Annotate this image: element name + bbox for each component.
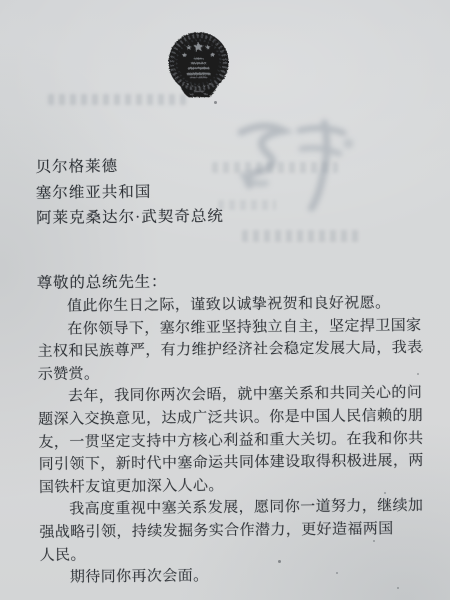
recipient-city: 贝尔格莱德 xyxy=(35,153,223,180)
letter: 贝尔格莱德 塞尔维亚共和国 阿莱克桑达尔·武契奇总统 尊敬的总统先生： 值此你生… xyxy=(0,0,450,600)
paper-speck xyxy=(384,492,386,494)
paper-speck xyxy=(397,587,399,589)
paper-speck xyxy=(373,540,375,542)
paper-speck xyxy=(336,572,338,574)
letter-line: 同引领下，新时代中塞命运共同体建设取得积极进展，两 xyxy=(39,450,411,476)
salutation: 尊敬的总统先生： xyxy=(37,270,168,293)
recipient-block: 贝尔格莱德 塞尔维亚共和国 阿莱克桑达尔·武契奇总统 xyxy=(35,153,223,231)
recipient-country: 塞尔维亚共和国 xyxy=(36,179,224,206)
paper-speck xyxy=(421,349,423,351)
paper-speck xyxy=(278,560,281,563)
letter-line: 值此你生日之际，谨致以诚挚祝贺和良好祝愿。 xyxy=(37,292,409,318)
paper-speck xyxy=(214,101,217,104)
recipient-president: 阿莱克桑达尔·武契奇总统 xyxy=(36,204,224,231)
letter-line: 强战略引领，持续发掘务实合作潜力，更好造福两国 xyxy=(39,518,411,544)
letter-line: 主权和民族尊严，有力维护经济社会稳定发展大局，我表 xyxy=(37,337,409,363)
paper-speck xyxy=(417,373,419,375)
china-national-emblem-icon xyxy=(166,31,231,100)
letter-line: 题深入交换意见，达成广泛共识。你是中国人民信赖的朋 xyxy=(38,405,410,431)
letter-line: 期待同你再次会面。 xyxy=(40,563,412,589)
letter-photo-page: 贝尔格莱德 塞尔维亚共和国 阿莱克桑达尔·武契奇总统 尊敬的总统先生： 值此你生… xyxy=(0,0,450,600)
letter-body: 值此你生日之际，谨致以诚挚祝贺和良好祝愿。 在你领导下，塞尔维亚坚持独立自主，坚… xyxy=(37,292,412,590)
